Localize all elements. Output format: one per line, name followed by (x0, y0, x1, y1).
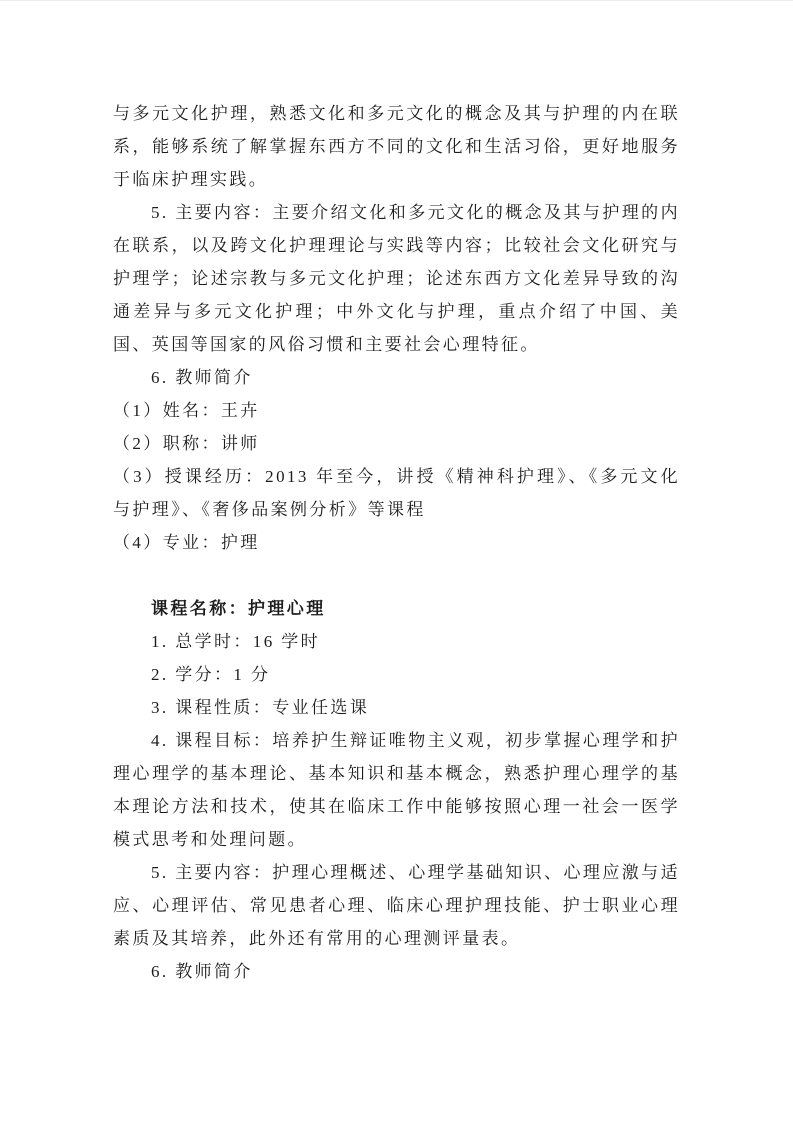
teacher-title-line: （2）职称：讲师 (113, 427, 680, 460)
paragraph-main-content-psychology: 5. 主要内容：护理心理概述、心理学基础知识、心理应激与适应、心理评估、常见患者… (113, 856, 680, 955)
credits-line: 2. 学分：1 分 (113, 658, 680, 691)
teacher-intro-heading-psychology: 6. 教师简介 (113, 955, 680, 988)
page-content: 与多元文化护理，熟悉文化和多元文化的概念及其与护理的内在联系，能够系统了解掌握东… (113, 97, 680, 988)
course-title-heading: 课程名称：护理心理 (113, 592, 680, 625)
paragraph-continuation: 与多元文化护理，熟悉文化和多元文化的概念及其与护理的内在联系，能够系统了解掌握东… (113, 97, 680, 196)
teacher-major-line: （4）专业：护理 (113, 526, 680, 559)
course-nature-line: 3. 课程性质：专业任选课 (113, 691, 680, 724)
document-page: 与多元文化护理，熟悉文化和多元文化的概念及其与护理的内在联系，能够系统了解掌握东… (0, 0, 793, 1123)
paragraph-main-content-multicultural: 5. 主要内容：主要介绍文化和多元文化的概念及其与护理的内在联系，以及跨文化护理… (113, 196, 680, 361)
teacher-name-line: （1）姓名：王卉 (113, 394, 680, 427)
teacher-experience-line: （3）授课经历：2013 年至今，讲授《精神科护理》、《多元文化与护理》、《奢侈… (113, 460, 680, 526)
total-hours-line: 1. 总学时：16 学时 (113, 625, 680, 658)
course-objective-paragraph: 4. 课程目标：培养护生辩证唯物主义观，初步掌握心理学和护理心理学的基本理论、基… (113, 724, 680, 856)
teacher-intro-heading-multicultural: 6. 教师简介 (113, 361, 680, 394)
